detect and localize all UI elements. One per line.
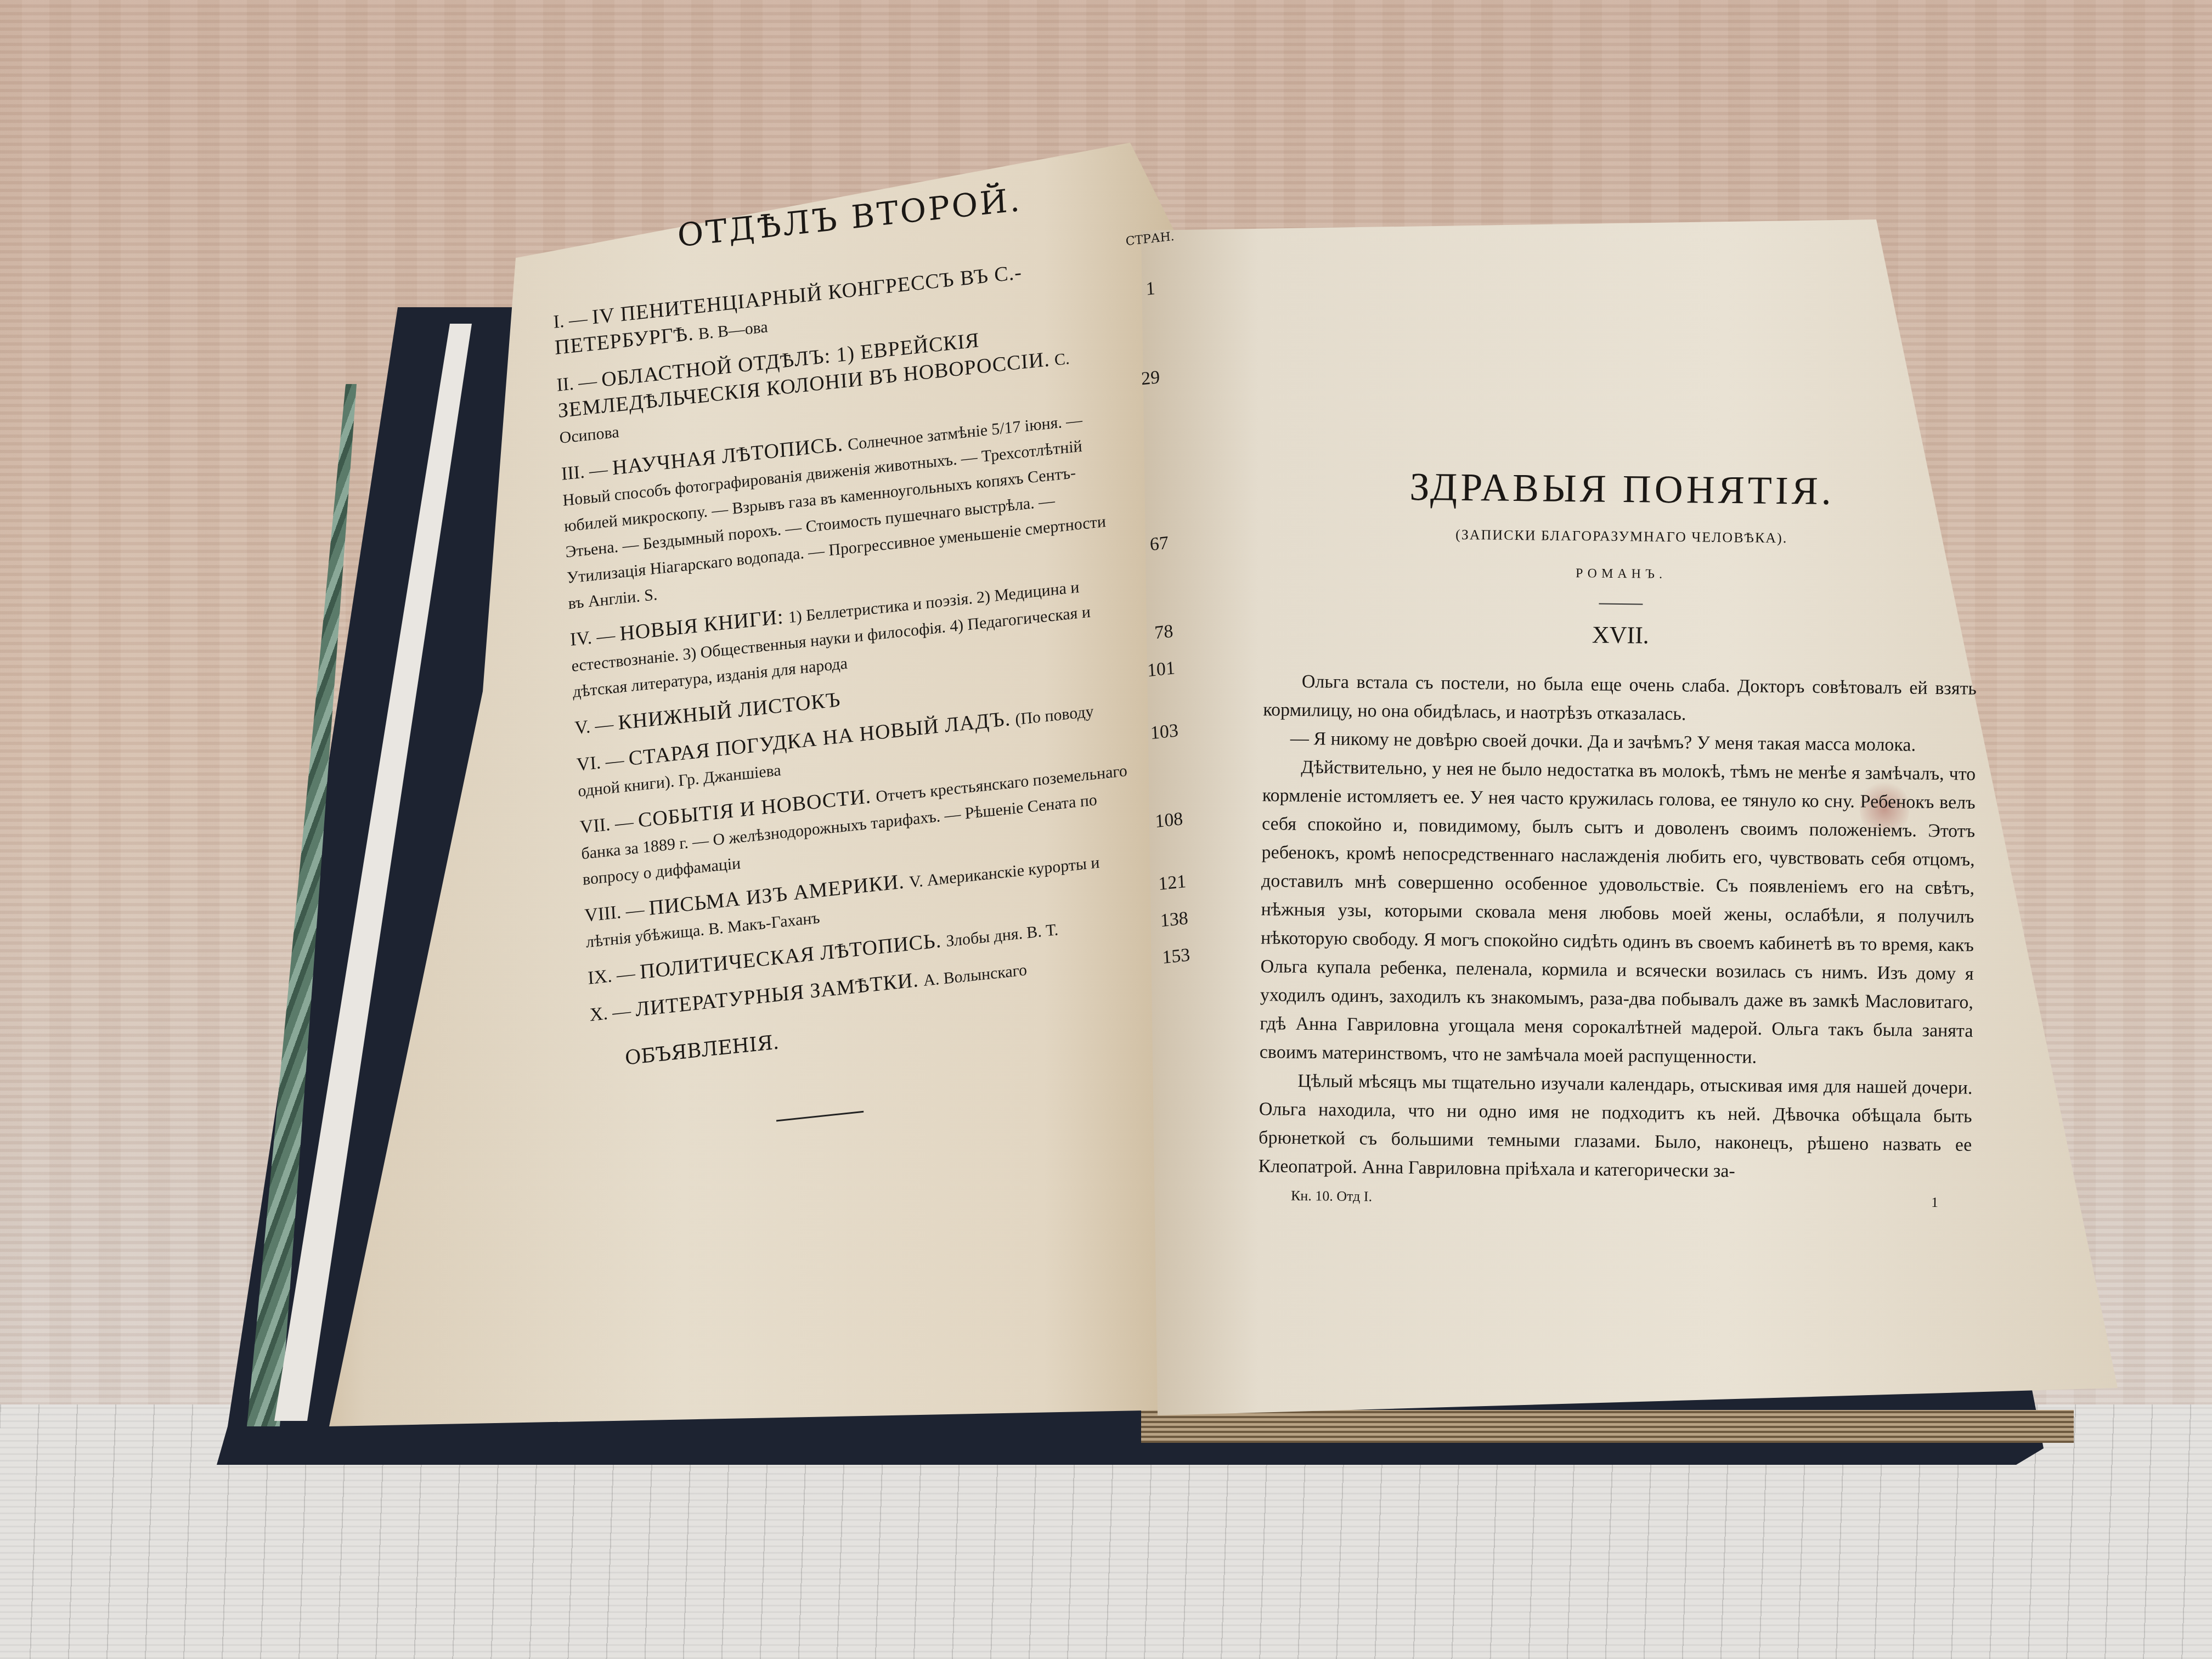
signature-mark: Кн. 10. Отд I. bbox=[1291, 1188, 1372, 1205]
novel-subtitle: (ЗАПИСКИ БЛАГОРАЗУМНАГО ЧЕЛОВѢКА). bbox=[1265, 524, 1978, 549]
paragraph: Ольга встала съ постели, но была еще оче… bbox=[1263, 667, 1977, 732]
toc-page-number: 101 bbox=[1125, 658, 1175, 684]
toc-page-number: 103 bbox=[1128, 720, 1178, 746]
toc-page-number: 67 bbox=[1119, 533, 1169, 558]
toc-page-number: 121 bbox=[1137, 871, 1187, 897]
toc-page-number: 138 bbox=[1138, 908, 1188, 934]
toc-page-number: 78 bbox=[1124, 621, 1173, 647]
toc-page-number: 153 bbox=[1141, 945, 1190, 970]
toc-page-number: 108 bbox=[1133, 809, 1183, 834]
toc-page-number: 1 bbox=[1105, 278, 1155, 304]
chapter-body: Ольга встала съ постели, но была еще оче… bbox=[1258, 667, 1977, 1188]
chapter-number: XVII. bbox=[1264, 617, 1977, 653]
toc-page-number: 29 bbox=[1110, 367, 1160, 393]
page-block-edge bbox=[1141, 1410, 2074, 1443]
novel-genre: РОМАНЪ. bbox=[1265, 563, 1978, 585]
paragraph: Дѣйствительно, у нея не было недостатка … bbox=[1260, 753, 1976, 1074]
paragraph: Цѣлый мѣсяцъ мы тщательно изучали календ… bbox=[1258, 1066, 1972, 1188]
novel-title: ЗДРАВЫЯ ПОНЯТІЯ. bbox=[1265, 462, 1979, 516]
page-number: 1 bbox=[1931, 1194, 1938, 1211]
table-of-contents: ОТДѢЛЪ ВТОРОЙ. СТРАН. I. — IV ПЕНИТЕНЦІА… bbox=[549, 167, 1197, 1141]
title-rule bbox=[1599, 603, 1643, 605]
chapter-page: ЗДРАВЫЯ ПОНЯТІЯ. (ЗАПИСКИ БЛАГОРАЗУМНАГО… bbox=[1258, 462, 1979, 1211]
